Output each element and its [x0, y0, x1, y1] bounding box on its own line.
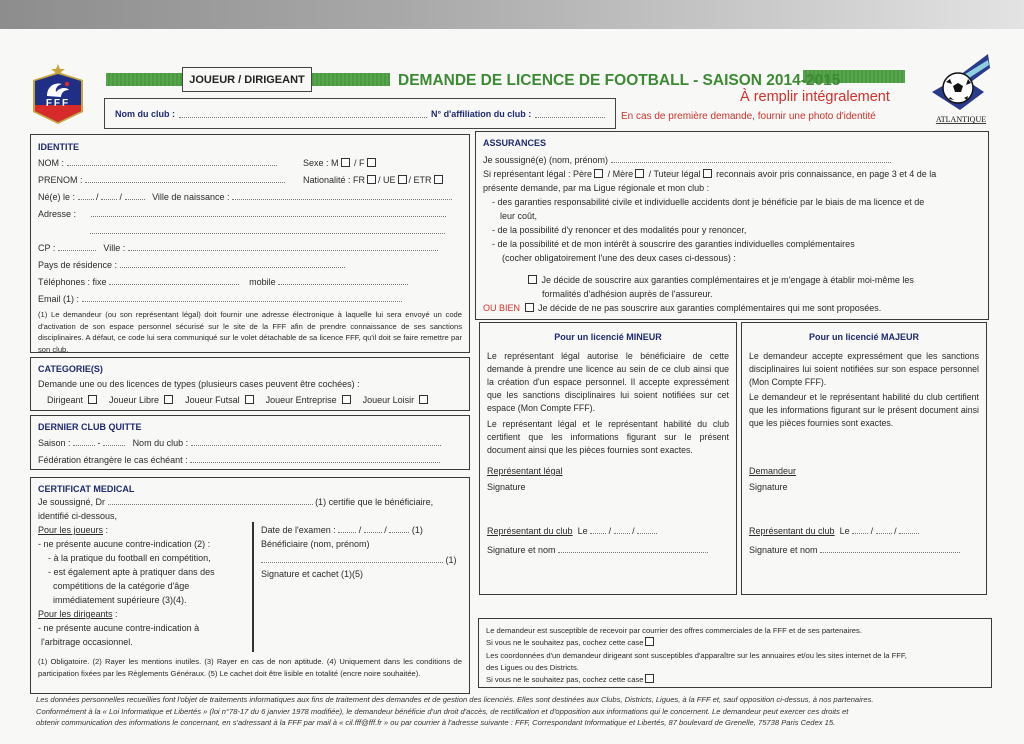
category-checkbox-joueur-futsal[interactable]: [245, 395, 254, 404]
nationalite-fr-checkbox[interactable]: [367, 175, 376, 184]
sexe-f-checkbox[interactable]: [367, 158, 376, 167]
ne-pas-souscrire-label: Je décide de ne pas souscrire aux garant…: [538, 303, 881, 313]
ou-bien-label: OU BIEN: [483, 303, 520, 313]
certificat-title: CERTIFICAT MEDICAL: [38, 484, 462, 494]
photo-note: En cas de première demande, fournir une …: [621, 111, 876, 122]
nom-field[interactable]: [67, 157, 277, 166]
nationalite-etr-checkbox[interactable]: [434, 175, 443, 184]
category-option-label: Joueur Libre: [109, 395, 159, 405]
saison-label: Saison :: [38, 438, 71, 448]
mineur-section: Pour un licencié MINEUR Le représentant …: [479, 322, 737, 595]
mineur-title: Pour un licencié MINEUR: [487, 332, 729, 342]
majeur-sign-name-label: Signature et nom: [749, 545, 818, 555]
majeur-day-field[interactable]: [852, 525, 868, 534]
signature-cachet-label: Signature et cachet (1)(5): [261, 566, 363, 582]
certifie-label: (1) certifie que le bénéficiaire,: [315, 497, 433, 507]
majeur-para2: Le demandeur et le représentant habilité…: [749, 391, 979, 430]
majeur-para1: Le demandeur accepte expressément que le…: [749, 350, 979, 389]
nationalite-label: Nationalité : FR: [303, 175, 365, 185]
identite-section: IDENTITE NOM : Sexe : M / F PRENOM : Nat…: [30, 134, 470, 353]
nom-label: NOM :: [38, 158, 64, 168]
privacy-line: Les données personnelles recueillies fon…: [36, 694, 996, 706]
optout-offers-label: Si vous ne le souhaitez pas, cochez cett…: [486, 638, 643, 647]
date-examen-label: Date de l'examen :: [261, 525, 336, 535]
reconnais-label: reconnais avoir pris connaissance, en pa…: [716, 169, 936, 179]
prenom-field[interactable]: [85, 174, 285, 183]
dernier-club-name-label: Nom du club :: [133, 438, 189, 448]
cp-label: CP :: [38, 243, 55, 253]
souscrire-checkbox[interactable]: [528, 275, 537, 284]
scan-shadow-band: [0, 0, 1024, 29]
email-footnote: (1) Le demandeur (ou son représentant lé…: [38, 309, 462, 355]
club-info-box: Nom du club : N° d'affiliation du club :: [104, 98, 616, 129]
dernier-club-title: DERNIER CLUB QUITTE: [38, 422, 462, 432]
categories-section: CATEGORIE(S) Demande une ou des licences…: [30, 357, 470, 411]
fill-all-subtitle: À remplir intégralement: [740, 89, 890, 105]
doctor-name-field[interactable]: [108, 496, 313, 505]
telephone-fixe-field[interactable]: [109, 276, 239, 285]
ville-naissance-field[interactable]: [232, 191, 452, 200]
certificat-medical-section: CERTIFICAT MEDICAL Je soussigné, Dr (1) …: [30, 477, 470, 694]
souscrire-label: Je décide de souscrire aux garanties com…: [542, 275, 914, 285]
affiliation-field[interactable]: [535, 109, 605, 118]
ligue-atlantique-logo-icon: ATLANTIQUE: [928, 52, 994, 126]
assurances-name-field[interactable]: [611, 154, 891, 163]
federation-field[interactable]: [190, 454, 440, 463]
fff-logo-icon: FFF: [27, 60, 89, 126]
page-title: DEMANDE DE LICENCE DE FOOTBALL - SAISON …: [398, 72, 840, 90]
dernier-club-name-field[interactable]: [191, 437, 441, 446]
mineur-club-rep-label: Représentant du club: [487, 526, 573, 536]
categories-intro: Demande une ou des licences de types (pl…: [38, 376, 462, 392]
role-label: JOUEUR / DIRIGEANT: [182, 67, 312, 92]
telephone-fixe-label: Téléphones : fixe: [38, 277, 107, 287]
nationalite-etr-label: / ETR: [409, 175, 432, 185]
privacy-notice: Les données personnelles recueillies fon…: [36, 694, 996, 729]
birth-day-field[interactable]: [78, 191, 94, 200]
ne-pas-souscrire-checkbox[interactable]: [525, 303, 534, 312]
svg-text:FFF: FFF: [46, 98, 70, 109]
date-le-label: Le: [840, 526, 850, 536]
majeur-sign-name-field[interactable]: [820, 544, 960, 553]
exam-year-field[interactable]: [389, 524, 409, 533]
mere-checkbox[interactable]: [635, 169, 644, 178]
optout-directory-checkbox[interactable]: [645, 674, 654, 683]
certificat-divider: [252, 522, 254, 652]
category-checkbox-dirigeant[interactable]: [88, 395, 97, 404]
date-le-label: Le: [578, 526, 588, 536]
telephone-mobile-label: mobile: [249, 277, 276, 287]
sexe-m-checkbox[interactable]: [341, 158, 350, 167]
assurances-bullet: des garanties responsabilité civile et i…: [498, 197, 925, 207]
exam-month-field[interactable]: [364, 524, 382, 533]
identite-title: IDENTITE: [38, 142, 462, 152]
saison-end-field[interactable]: [103, 437, 125, 446]
assurances-bullet: de la possibilité d'y renoncer et des mo…: [498, 225, 747, 235]
commercial-offers-section: Le demandeur est susceptible de recevoir…: [478, 618, 992, 688]
mere-label: / Mère: [608, 169, 634, 179]
doctor-label: Je soussigné, Dr: [38, 497, 105, 507]
header-green-bar: [310, 73, 390, 86]
club-name-field[interactable]: [179, 109, 427, 118]
ref-note: (1): [412, 525, 423, 535]
privacy-line: Conformément à la « Loi Informatique et …: [36, 706, 996, 718]
svg-text:ATLANTIQUE: ATLANTIQUE: [936, 115, 986, 124]
header-green-bar: [106, 73, 184, 86]
annuaires-text-2: des Ligues ou des Districts.: [486, 662, 984, 674]
pere-label: Si représentant légal : Père: [483, 169, 592, 179]
tuteur-checkbox[interactable]: [703, 169, 712, 178]
tuteur-label: / Tuteur légal: [649, 169, 701, 179]
affiliation-label: N° d'affiliation du club :: [431, 109, 531, 119]
mineur-para2: Le représentant légal et le représentant…: [487, 418, 729, 457]
sexe-f-label: / F: [354, 158, 365, 168]
prenom-label: PRENOM :: [38, 175, 83, 185]
cp-field[interactable]: [58, 242, 96, 251]
majeur-club-rep-label: Représentant du club: [749, 526, 835, 536]
mineur-sign-name-field[interactable]: [558, 544, 708, 553]
pays-label: Pays de résidence :: [38, 260, 117, 270]
joueurs-label: Pour les joueurs: [38, 525, 103, 535]
offres-text: Le demandeur est susceptible de recevoir…: [486, 625, 984, 637]
birth-year-field[interactable]: [125, 191, 145, 200]
assurances-title: ASSURANCES: [483, 138, 981, 148]
saison-start-field[interactable]: [73, 437, 95, 446]
adresse-field[interactable]: [91, 208, 446, 217]
nationalite-ue-checkbox[interactable]: [398, 175, 407, 184]
mineur-sign-name-label: Signature et nom: [487, 545, 556, 555]
email-label: Email (1) :: [38, 294, 79, 304]
adresse-field-2[interactable]: [90, 225, 445, 234]
majeur-signature-label: Signature: [749, 479, 979, 495]
ref-note: (1): [446, 555, 457, 565]
mineur-para1: Le représentant légal autorise le bénéfi…: [487, 350, 729, 415]
mineur-month-field[interactable]: [614, 525, 630, 534]
federation-label: Fédération étrangère le cas échéant :: [38, 455, 188, 465]
telephone-mobile-field[interactable]: [278, 276, 408, 285]
category-checkbox-joueur-entreprise[interactable]: [342, 395, 351, 404]
assurances-name-label: Je soussigné(e) (nom, prénom): [483, 155, 608, 165]
birth-month-field[interactable]: [101, 191, 117, 200]
category-option-label: Joueur Loisir: [363, 395, 415, 405]
assurances-bullet: (cocher obligatoirement l'une des deux c…: [502, 250, 981, 266]
majeur-month-field[interactable]: [876, 525, 892, 534]
annuaires-text: Les coordonnées d'un demandeur dirigeant…: [486, 650, 984, 662]
category-option-label: Dirigeant: [47, 395, 83, 405]
ville-field[interactable]: [128, 242, 438, 251]
categories-options: DirigeantJoueur LibreJoueur FutsalJoueur…: [47, 392, 462, 408]
category-checkbox-joueur-libre[interactable]: [164, 395, 173, 404]
ville-naissance-label: Ville de naissance :: [152, 192, 229, 202]
majeur-year-field[interactable]: [899, 525, 919, 534]
pays-field[interactable]: [120, 259, 345, 268]
sexe-label: Sexe : M: [303, 158, 339, 168]
category-option-label: Joueur Entreprise: [266, 395, 337, 405]
ville-label: Ville :: [103, 243, 125, 253]
optout-directory-label: Si vous ne le souhaitez pas, cochez cett…: [486, 675, 643, 684]
representant-legal-label: Représentant légal: [487, 463, 729, 479]
category-checkbox-joueur-loisir[interactable]: [419, 395, 428, 404]
assurances-bullet: de la possibilité et de mon intérêt à so…: [498, 239, 855, 249]
ne-le-label: Né(e) le :: [38, 192, 75, 202]
mineur-day-field[interactable]: [590, 525, 606, 534]
adresse-label: Adresse :: [38, 209, 76, 219]
mineur-year-field[interactable]: [637, 525, 657, 534]
majeur-title: Pour un licencié MAJEUR: [749, 332, 979, 342]
categories-title: CATEGORIE(S): [38, 364, 462, 374]
majeur-section: Pour un licencié MAJEUR Le demandeur acc…: [741, 322, 987, 595]
beneficiaire-label: Bénéficiaire (nom, prénom): [261, 536, 370, 552]
dirigeants-label: Pour les dirigeants: [38, 609, 113, 619]
assurances-section: ASSURANCES Je soussigné(e) (nom, prénom)…: [475, 131, 989, 320]
pere-checkbox[interactable]: [594, 169, 603, 178]
email-field[interactable]: [82, 293, 402, 302]
beneficiaire-field[interactable]: [261, 554, 443, 563]
exam-day-field[interactable]: [338, 524, 356, 533]
nationalite-ue-label: / UE: [378, 175, 396, 185]
mineur-signature-label: Signature: [487, 479, 729, 495]
demandeur-label: Demandeur: [749, 463, 979, 479]
optout-offers-checkbox[interactable]: [645, 637, 654, 646]
club-name-label: Nom du club :: [115, 109, 175, 119]
certificat-footnotes: (1) Obligatoire. (2) Rayer les mentions …: [38, 656, 462, 679]
dernier-club-section: DERNIER CLUB QUITTE Saison : - Nom du cl…: [30, 415, 470, 470]
category-option-label: Joueur Futsal: [185, 395, 240, 405]
privacy-line: obtenir communication des informations l…: [36, 717, 996, 729]
